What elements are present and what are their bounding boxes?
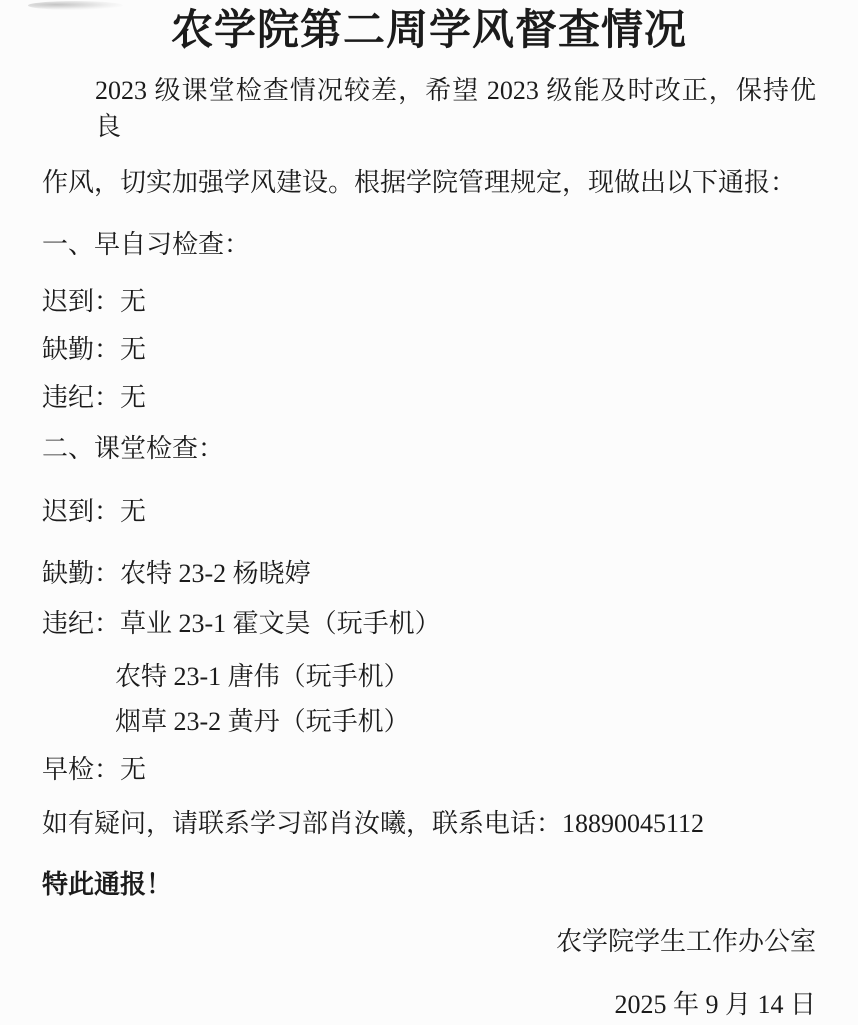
section-2-violation-continuation-2: 烟草 23-2 黄丹（玩手机）: [115, 704, 816, 740]
section-2-violation-item: 违纪：草业 23-1 霍文昊（玩手机）: [42, 606, 816, 642]
contact-line: 如有疑问，请联系学习部肖汝曦，联系电话：18890045112: [42, 806, 816, 842]
section-1-heading: 一、早自习检查：: [42, 227, 816, 263]
notice-document: 农学院第二周学风督查情况 2023 级课堂检查情况较差，希望 2023 级能及时…: [0, 0, 858, 1025]
section-2-violation-continuation-1: 农特 23-1 唐伟（玩手机）: [115, 659, 816, 695]
document-title: 农学院第二周学风督查情况: [42, 4, 816, 58]
signature-line: 农学院学生工作办公室: [42, 924, 816, 960]
section-2-heading: 二、课堂检查：: [42, 431, 816, 467]
section-1-absent-item: 缺勤：无: [42, 332, 816, 368]
closing-line: 特此通报！: [42, 867, 816, 903]
section-1-violation-item: 违纪：无: [42, 380, 816, 416]
section-2-morning-check-item: 早检：无: [42, 752, 816, 788]
intro-line-2: 作风，切实加强学风建设。根据学院管理规定，现做出以下通报：: [42, 165, 816, 201]
intro-line-1: 2023 级课堂检查情况较差，希望 2023 级能及时改正，保持优良: [42, 73, 816, 145]
date-line: 2025 年 9 月 14 日: [42, 987, 816, 1023]
section-1-late-item: 迟到：无: [42, 284, 816, 320]
section-2-late-item: 迟到：无: [42, 494, 816, 530]
section-2-absent-item: 缺勤：农特 23-2 杨晓婷: [42, 556, 816, 592]
